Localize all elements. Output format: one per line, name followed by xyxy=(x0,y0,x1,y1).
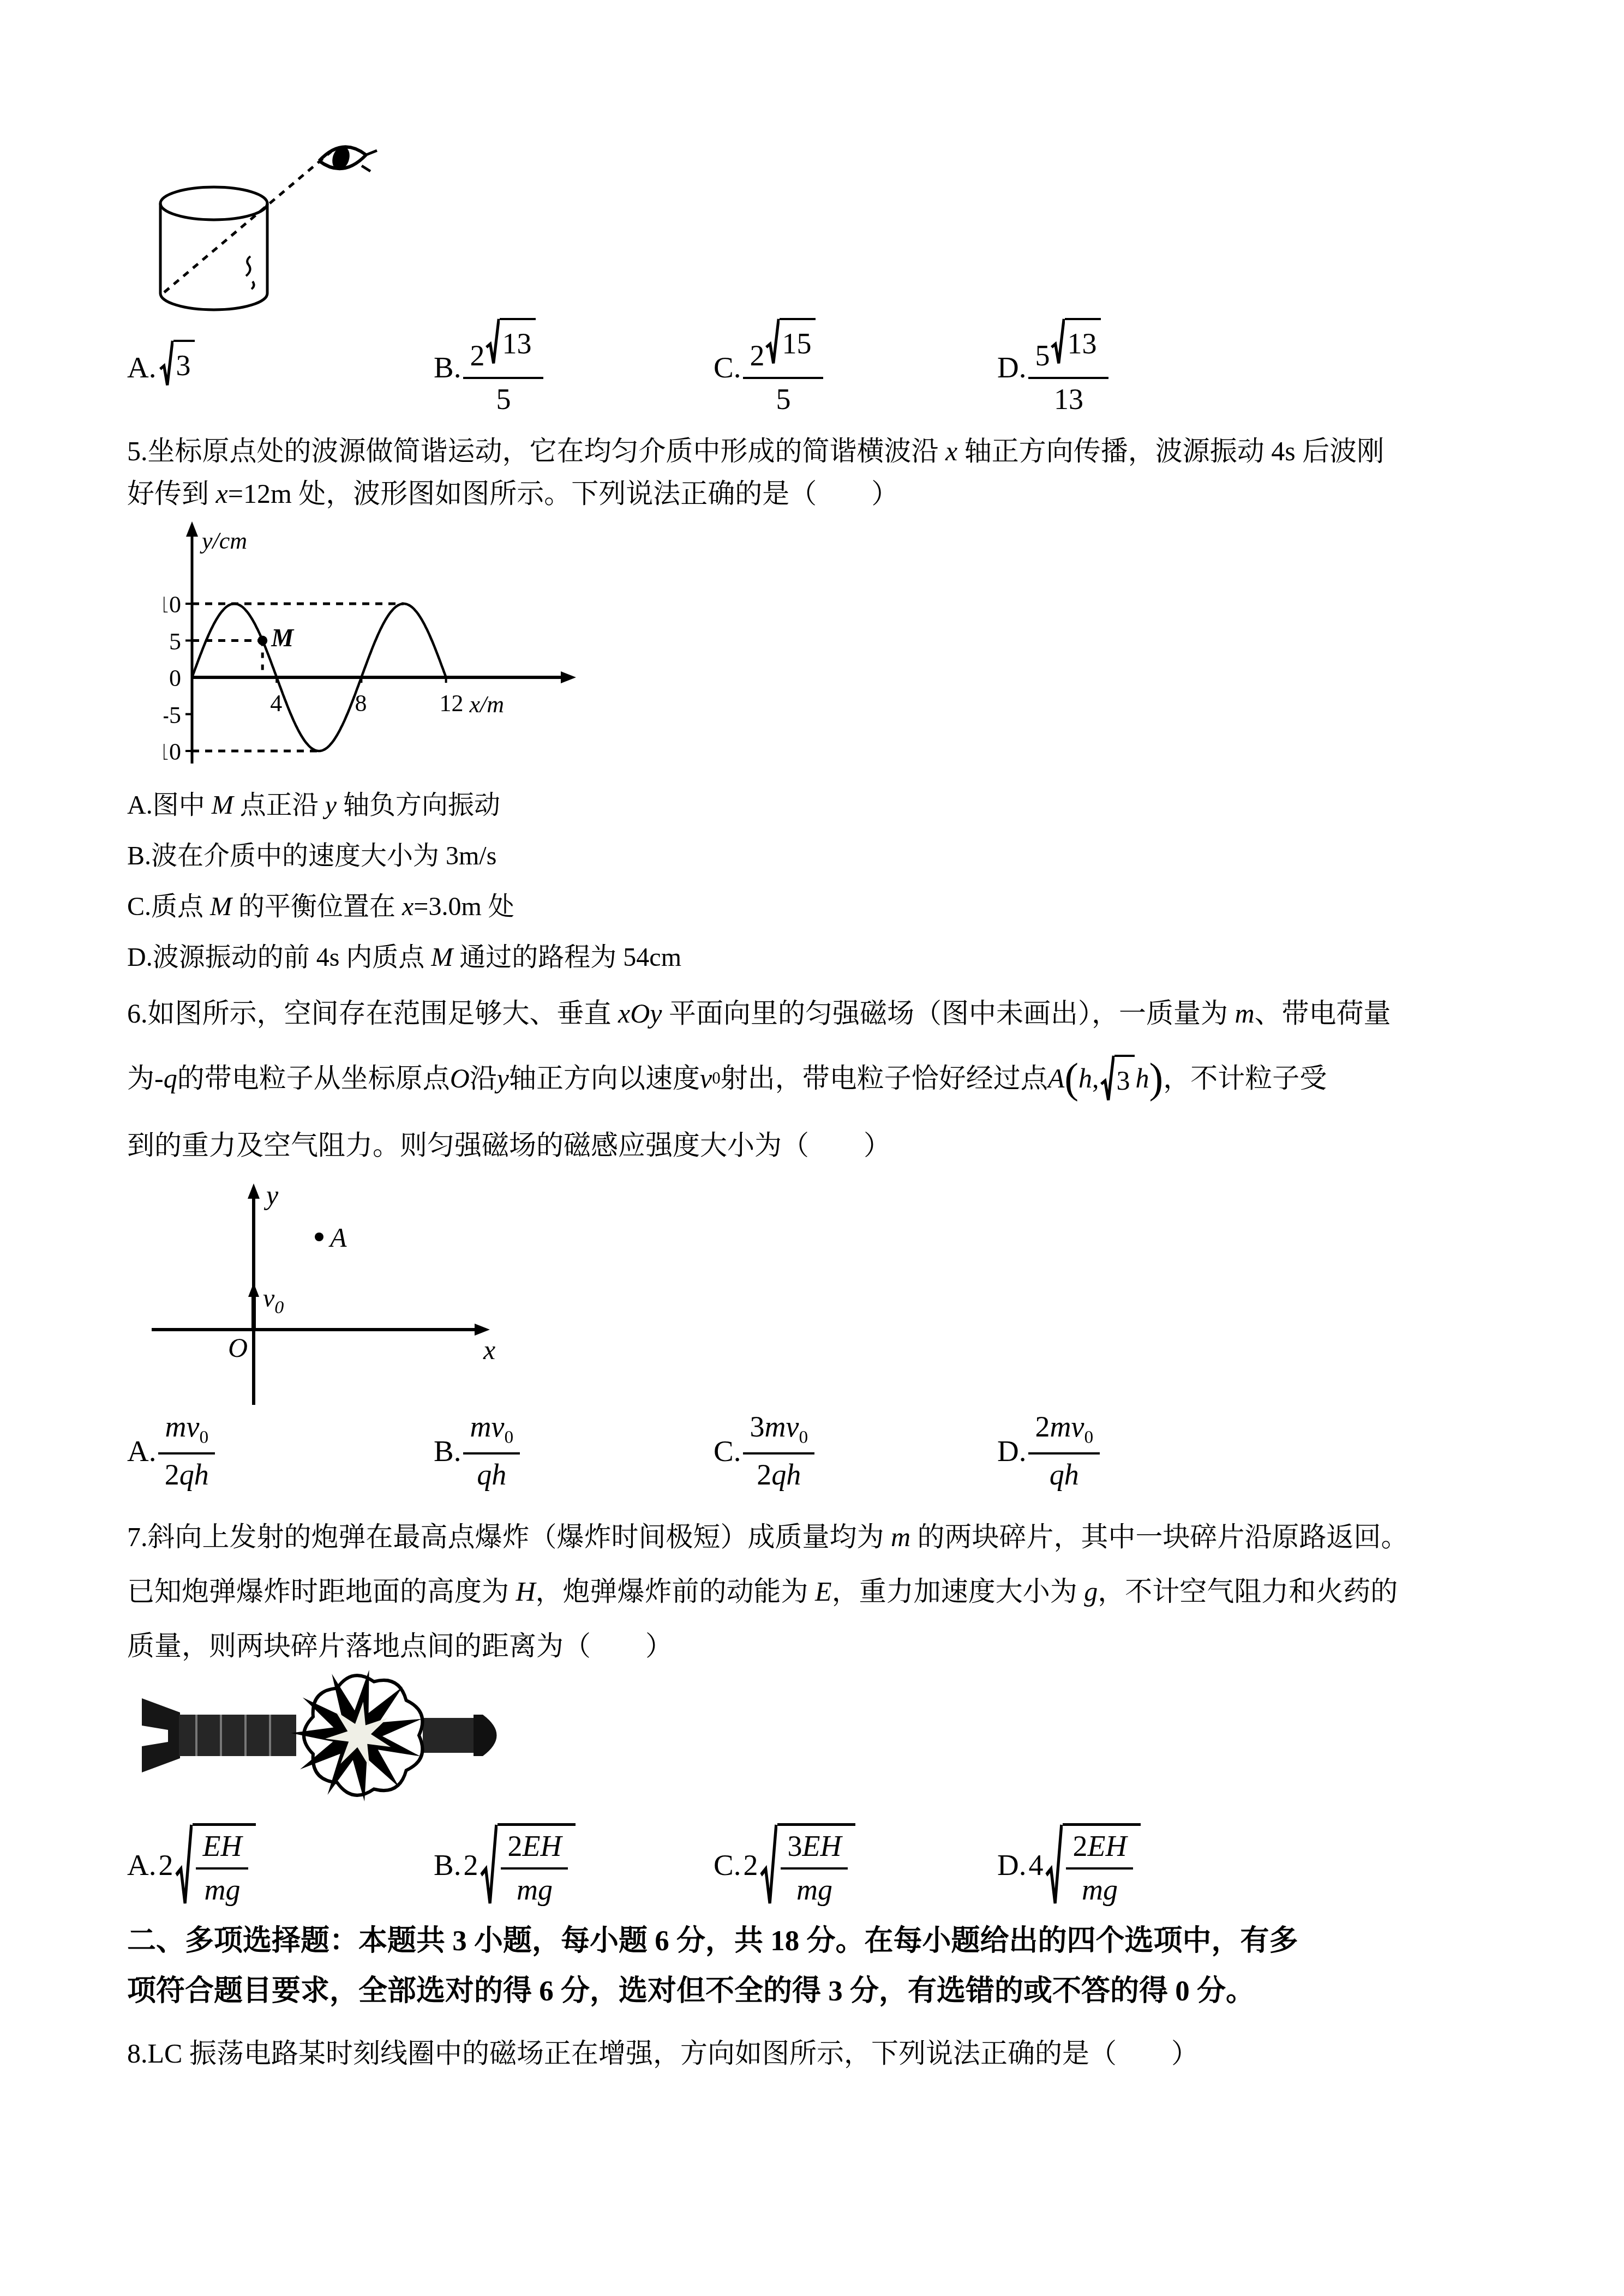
q6-option-b: B. mv0 qh xyxy=(434,1410,520,1492)
q5-option-d: D.波源振动的前 4s 内质点 M 通过的路程为 54cm xyxy=(127,942,681,973)
eye-icon xyxy=(319,144,377,172)
q5-line-2: 好传到 x=12m 处，波形图如图所示。下列说法正确的是（ ） xyxy=(127,477,898,510)
svg-text:-10: -10 xyxy=(164,738,181,765)
sight-ray-dashed xyxy=(164,152,331,292)
water-squiggle-2 xyxy=(251,281,254,289)
svg-text:x/m: x/m xyxy=(469,691,504,718)
q5-option-c: C.质点 M 的平衡位置在 x=3.0m 处 xyxy=(127,891,514,923)
coefficient: 2 xyxy=(463,1848,478,1882)
shell-nose xyxy=(474,1715,497,1756)
q4-option-d: D. 513 13 xyxy=(997,315,1108,419)
svg-text:-5: -5 xyxy=(164,702,181,729)
svg-text:0: 0 xyxy=(169,665,181,692)
x-axis-arrow xyxy=(561,671,576,683)
point-A-label: A xyxy=(328,1222,347,1253)
cylinder-bottom xyxy=(160,293,267,310)
figure-xy-axes: A y x O v0 xyxy=(136,1171,518,1417)
q7-line-2: 已知炮弹爆炸时距地面的高度为 H，炮弹爆炸前的动能为 E，重力加速度大小为 g，… xyxy=(127,1575,1398,1608)
svg-text:M: M xyxy=(271,624,295,652)
svg-text:5: 5 xyxy=(169,628,181,655)
radical-sign-icon xyxy=(480,1823,498,1907)
y-axis-arrow xyxy=(186,521,198,537)
sqrt-radical: EH mg xyxy=(175,1823,256,1907)
v0-arrow-head xyxy=(248,1283,259,1297)
x-axis-label: x xyxy=(483,1335,495,1365)
water-squiggle xyxy=(246,256,250,276)
coefficient: 2 xyxy=(158,1848,173,1882)
svg-text:10: 10 xyxy=(164,591,181,618)
cylinder-top xyxy=(160,187,267,220)
fraction: mv0 2qh xyxy=(158,1410,215,1492)
q4-option-b: B. 213 5 xyxy=(434,315,543,419)
wave-curve-group: 1050-5-104812y/cmx/mM xyxy=(164,527,504,765)
svg-text:4: 4 xyxy=(270,690,282,717)
q8-line-1: 8.LC 振荡电路某时刻线圈中的磁场正在增强，方向如图所示，下列说法正确的是（ … xyxy=(127,2037,1198,2070)
section2-header-line-1: 二、多项选择题：本题共 3 小题，每小题 6 分，共 18 分。在每小题给出的四… xyxy=(127,1924,1298,1959)
y-axis-arrow xyxy=(248,1183,260,1199)
figure-cylinder-refraction xyxy=(139,130,385,321)
radical-sign-icon xyxy=(175,1823,193,1907)
sqrt-radical: 3EH mg xyxy=(760,1823,855,1907)
q4-option-a: A. 3 xyxy=(127,315,196,419)
q4-option-c: C. 215 5 xyxy=(714,315,823,419)
q7-option-d: D. 4 2EH mg xyxy=(997,1812,1142,1918)
sqrt-radical: 2EH mg xyxy=(480,1823,576,1907)
q7-option-c: C. 2 3EH mg xyxy=(714,1812,856,1918)
formula: 3 xyxy=(158,340,196,394)
sqrt-radical: 2EH mg xyxy=(1045,1823,1141,1907)
y-axis-label: y xyxy=(263,1180,279,1210)
q6-option-a: A. mv0 2qh xyxy=(127,1410,215,1492)
q5-option-b: B.波在介质中的速度大小为 3m/s xyxy=(127,840,496,872)
fraction: 3mv0 2qh xyxy=(743,1410,814,1492)
origin-label: O xyxy=(228,1332,248,1363)
q6-line-3: 到的重力及空气阻力。则匀强磁场的磁感应强度大小为（ ） xyxy=(127,1129,891,1162)
q6-option-c: C. 3mv0 2qh xyxy=(714,1410,814,1492)
q7-option-b: B. 2 2EH mg xyxy=(434,1812,577,1918)
section2-header-line-2: 项符合题目要求，全部选对的得 6 分，选对但不全的得 3 分，有选错的或不答的得… xyxy=(127,1974,1255,2009)
option-label: C. xyxy=(714,350,741,384)
q7-option-a: A. 2 EH mg xyxy=(127,1812,257,1918)
svg-text:12: 12 xyxy=(440,690,464,717)
option-label: A. xyxy=(127,350,156,384)
q5-line-1: 5.坐标原点处的波源做简谐运动，它在均匀介质中形成的简谐横波沿 x 轴正方向传播… xyxy=(127,435,1384,467)
svg-text:8: 8 xyxy=(355,690,367,717)
q7-line-1: 7.斜向上发射的炮弹在最高点爆炸（爆炸时间极短）成质量均为 m 的两块碎片，其中… xyxy=(127,1520,1409,1553)
radical-sign-icon xyxy=(760,1823,777,1907)
figure-exploding-shell xyxy=(125,1664,507,1809)
svg-text:y/cm: y/cm xyxy=(200,527,247,554)
figure-wave-graph: 1050-5-104812y/cmx/mM xyxy=(164,517,600,779)
fraction: mv0 qh xyxy=(463,1410,520,1492)
radical-sign-icon xyxy=(1045,1823,1063,1907)
q6-line-1: 6.如图所示，空间存在范围足够大、垂直 xOy 平面向里的匀强磁场（图中未画出）… xyxy=(127,997,1391,1030)
exam-page: A. 3 B. 213 5 C. 215 5 D. 513 13 5.坐标原点处… xyxy=(0,0,1624,2296)
fraction: 513 13 xyxy=(1028,318,1108,416)
q7-line-3: 质量，则两块碎片落地点间的距离为（ ） xyxy=(127,1630,673,1662)
q6-line-2: 为-q 的带电粒子从坐标原点 O 沿 y 轴正方向以速度 v0 射出，带电粒子恰… xyxy=(127,1048,1327,1108)
x-axis-arrow xyxy=(475,1324,490,1336)
point-A-dot xyxy=(315,1233,323,1241)
q5-option-a: A.图中 M 点正沿 y 轴负方向振动 xyxy=(127,790,500,821)
option-label: D. xyxy=(997,350,1026,384)
fraction: 215 5 xyxy=(743,318,823,416)
coefficient: 2 xyxy=(743,1848,758,1882)
option-label: B. xyxy=(434,350,461,384)
fraction: 213 5 xyxy=(463,318,543,416)
v0-label: v0 xyxy=(263,1284,284,1318)
fraction: 2mv0 qh xyxy=(1028,1410,1100,1492)
coefficient: 4 xyxy=(1028,1848,1043,1882)
q6-option-d: D. 2mv0 qh xyxy=(997,1410,1100,1492)
